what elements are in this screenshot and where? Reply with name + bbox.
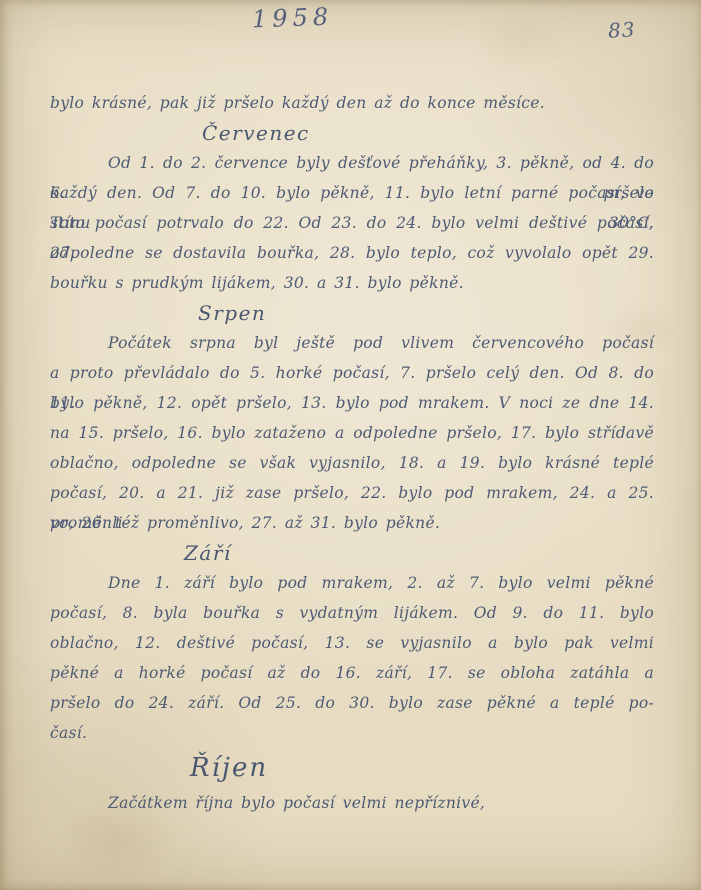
text-line: Dne 1. září bylo pod mrakem, 2. až 7. by… <box>50 568 654 598</box>
text-line-intro: bylo krásné, pak již pršelo každý den až… <box>50 88 654 118</box>
text-line: Počátek srpna byl ještě pod vlivem červe… <box>50 328 654 358</box>
text-line: bouřku s prudkým lijákem, 30. a 31. bylo… <box>50 268 654 298</box>
text-line: počasí, 20. a 21. již zase pršelo, 22. b… <box>50 478 654 508</box>
text-line: časí. <box>50 718 654 748</box>
text-line: Toto počasí potrvalo do 22. Od 23. do 24… <box>50 208 654 238</box>
text-line: oblačno, odpoledne se však vyjasnilo, 18… <box>50 448 654 478</box>
text-line: Začátkem října bylo počasí velmi nepřízn… <box>50 788 654 818</box>
text-line: vo, 26. též proměnlivo, 27. až 31. bylo … <box>50 508 654 538</box>
text-line: každý den. Od 7. do 10. bylo pěkně, 11. … <box>50 178 654 208</box>
text-line: pršelo do 24. září. Od 25. do 30. bylo z… <box>50 688 654 718</box>
month-heading-srpen: Srpen <box>198 298 654 328</box>
text-line: na 15. pršelo, 16. bylo zataženo a odpol… <box>50 418 654 448</box>
month-heading-rijen: Říjen <box>190 748 654 788</box>
year-heading: 1958 <box>252 3 334 34</box>
text-line: Od 1. do 2. července byly dešťové přeháň… <box>50 148 654 178</box>
text-line: pěkné a horké počasí až do 16. září, 17.… <box>50 658 654 688</box>
text-line: odpoledne se dostavila bouřka, 28. bylo … <box>50 238 654 268</box>
month-heading-cervenec: Červenec <box>202 118 654 148</box>
text-line: a proto převládalo do 5. horké počasí, 7… <box>50 358 654 388</box>
page-number: 83 <box>607 17 636 42</box>
text-line: počasí, 8. byla bouřka s vydatným lijáke… <box>50 598 654 628</box>
text-line: oblačno, 12. deštivé počasí, 13. se vyja… <box>50 628 654 658</box>
month-heading-zari: Září <box>184 538 654 568</box>
text-line: bylo pěkně, 12. opět pršelo, 13. bylo po… <box>50 388 654 418</box>
chronicle-page: 1958 83 bylo krásné, pak již pršelo každ… <box>0 0 701 890</box>
handwritten-text-block: bylo krásné, pak již pršelo každý den až… <box>50 88 654 818</box>
